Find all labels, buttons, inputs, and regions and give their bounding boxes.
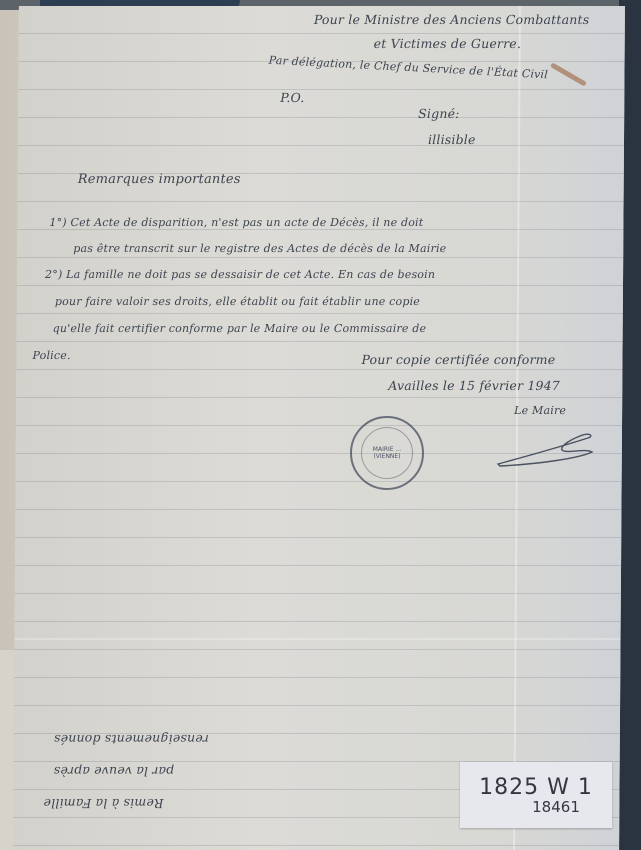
- certification-line-1: Pour copie certifiée conforme: [361, 352, 555, 367]
- remarks-title: Remarques importantes: [78, 172, 241, 187]
- header-line-5: Signé:: [418, 106, 460, 121]
- header-line-6: illisible: [428, 132, 476, 147]
- upside-down-note-line-3: Remis à la Famille: [43, 796, 163, 811]
- archive-number: 18461: [532, 798, 580, 816]
- remarks-line-3: 2°) La famille ne doit pas se dessaisir …: [45, 268, 435, 281]
- header-line-1: Pour le Ministre des Anciens Combattants: [314, 12, 590, 27]
- remarks-line-2: pas être transcrit sur le registre des A…: [73, 242, 446, 255]
- remarks-line-1: 1°) Cet Acte de disparition, n'est pas u…: [49, 216, 423, 229]
- ink-stain: [550, 62, 587, 86]
- header-line-3: Par délégation, le Chef du Service de l'…: [268, 54, 548, 82]
- upside-down-note-line-1: renseignements donnés: [54, 732, 209, 747]
- certification-line-3: Le Maire: [514, 404, 566, 417]
- fold-line-horizontal: [15, 638, 621, 640]
- remarks-line-6: Police.: [32, 349, 70, 362]
- upside-down-note-line-2: par la veuve après: [54, 764, 175, 779]
- signature-icon: [490, 428, 600, 472]
- remarks-line-5: qu'elle fait certifier conforme par le M…: [53, 322, 427, 335]
- archive-code: 1825 W 1: [479, 775, 593, 800]
- certification-line-2: Availles le 15 février 1947: [388, 378, 560, 393]
- header-line-2: et Victimes de Guerre.: [374, 36, 521, 51]
- stamp-text: MAIRIE ... (VIENNE): [361, 427, 413, 479]
- archive-label: 1825 W 1 18461: [460, 762, 612, 828]
- header-line-4: P.O.: [280, 90, 304, 105]
- remarks-line-4: pour faire valoir ses droits, elle établ…: [55, 295, 420, 308]
- mairie-stamp: MAIRIE ... (VIENNE): [350, 416, 424, 490]
